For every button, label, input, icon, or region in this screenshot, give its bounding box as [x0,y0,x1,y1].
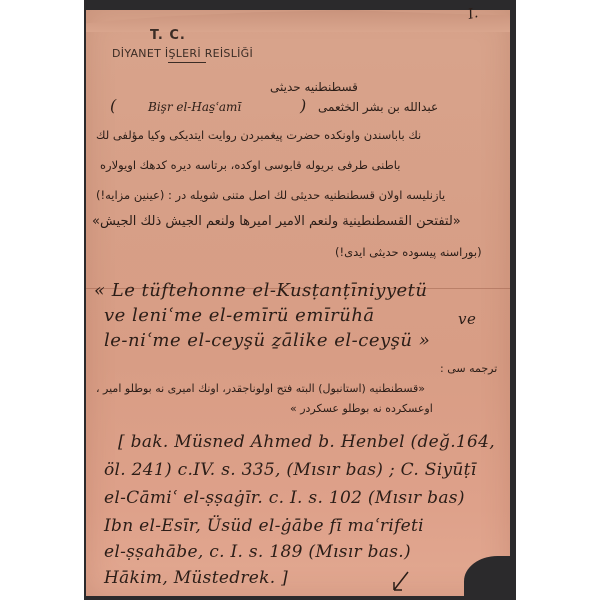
ottoman-line-2: باطنی طرفی بریوله قابوسی اوکده، برتاسه د… [100,158,401,172]
name-latin: Bişr el-Has̱ʿamī [148,100,241,114]
translation-label: ترجمه سى : [440,362,497,375]
arrow-mark-icon [388,570,412,594]
torn-corner [464,556,512,598]
hadith-note: (بوراسنه پیسوده حدیثی ایدی!) [335,245,482,259]
reference-line-6: Hākim, Müstedrek. ] [104,568,288,588]
translation-line-2: اوعسکرده نه بوطلو عسکردر » [290,402,433,415]
document-paper [86,10,510,596]
letterhead-rule [168,62,206,63]
name-close-paren: ) [300,96,306,115]
reference-line-2: öl. 241) c.IV. s. 335, (Mısır bas) ; C. … [104,460,477,480]
ottoman-line-3: یازنلیسه اولان قسطنطنیه حدیثی لك اصل متن… [96,188,445,202]
name-arabic: عبدالله بن بشر الخثعمى [318,100,438,114]
transliteration-line-1: « Le tüftehonne el-Kusṭanṭīniyyetü [94,280,428,301]
letterhead-line1: T. C. [150,28,186,43]
letterhead-organization: DİYANET İŞLERİ REİSLİĞİ [112,47,253,60]
transliteration-ve: ve [458,310,476,328]
transliteration-line-2: ve leniʿme el-emīrü emīrühā [104,305,375,326]
reference-line-5: el-ṣṣahābe, c. I. s. 189 (Mısır bas.) [104,542,411,562]
transliteration-line-3: le-niʿme el-ceyşü ẕālike el-ceyşü » [104,330,430,351]
ottoman-line-1: نك باباسندن واونكده حضرت پیغمبردن روایت … [96,128,421,142]
reference-line-1: [ bak. Müsned Ahmed b. Henbel (değ.164, [118,432,495,452]
reference-line-3: el-Cāmiʿ el-ṣṣaġīr. c. I. s. 102 (Mısır … [104,488,465,508]
reference-line-4: Ibn el-Esīr, Üsüd el-ġābe fī maʿrifeti [104,516,424,536]
name-open-paren: ( [110,96,116,115]
arabic-title: قسطنطنيه حديثى [270,80,358,94]
arabic-hadith: «لتفتحن القسطنطينية ولنعم الامير اميرها … [92,214,461,229]
translation-line-1: «قسطنطنیه (استانبول) البته فتح اولوناجقد… [96,382,425,395]
